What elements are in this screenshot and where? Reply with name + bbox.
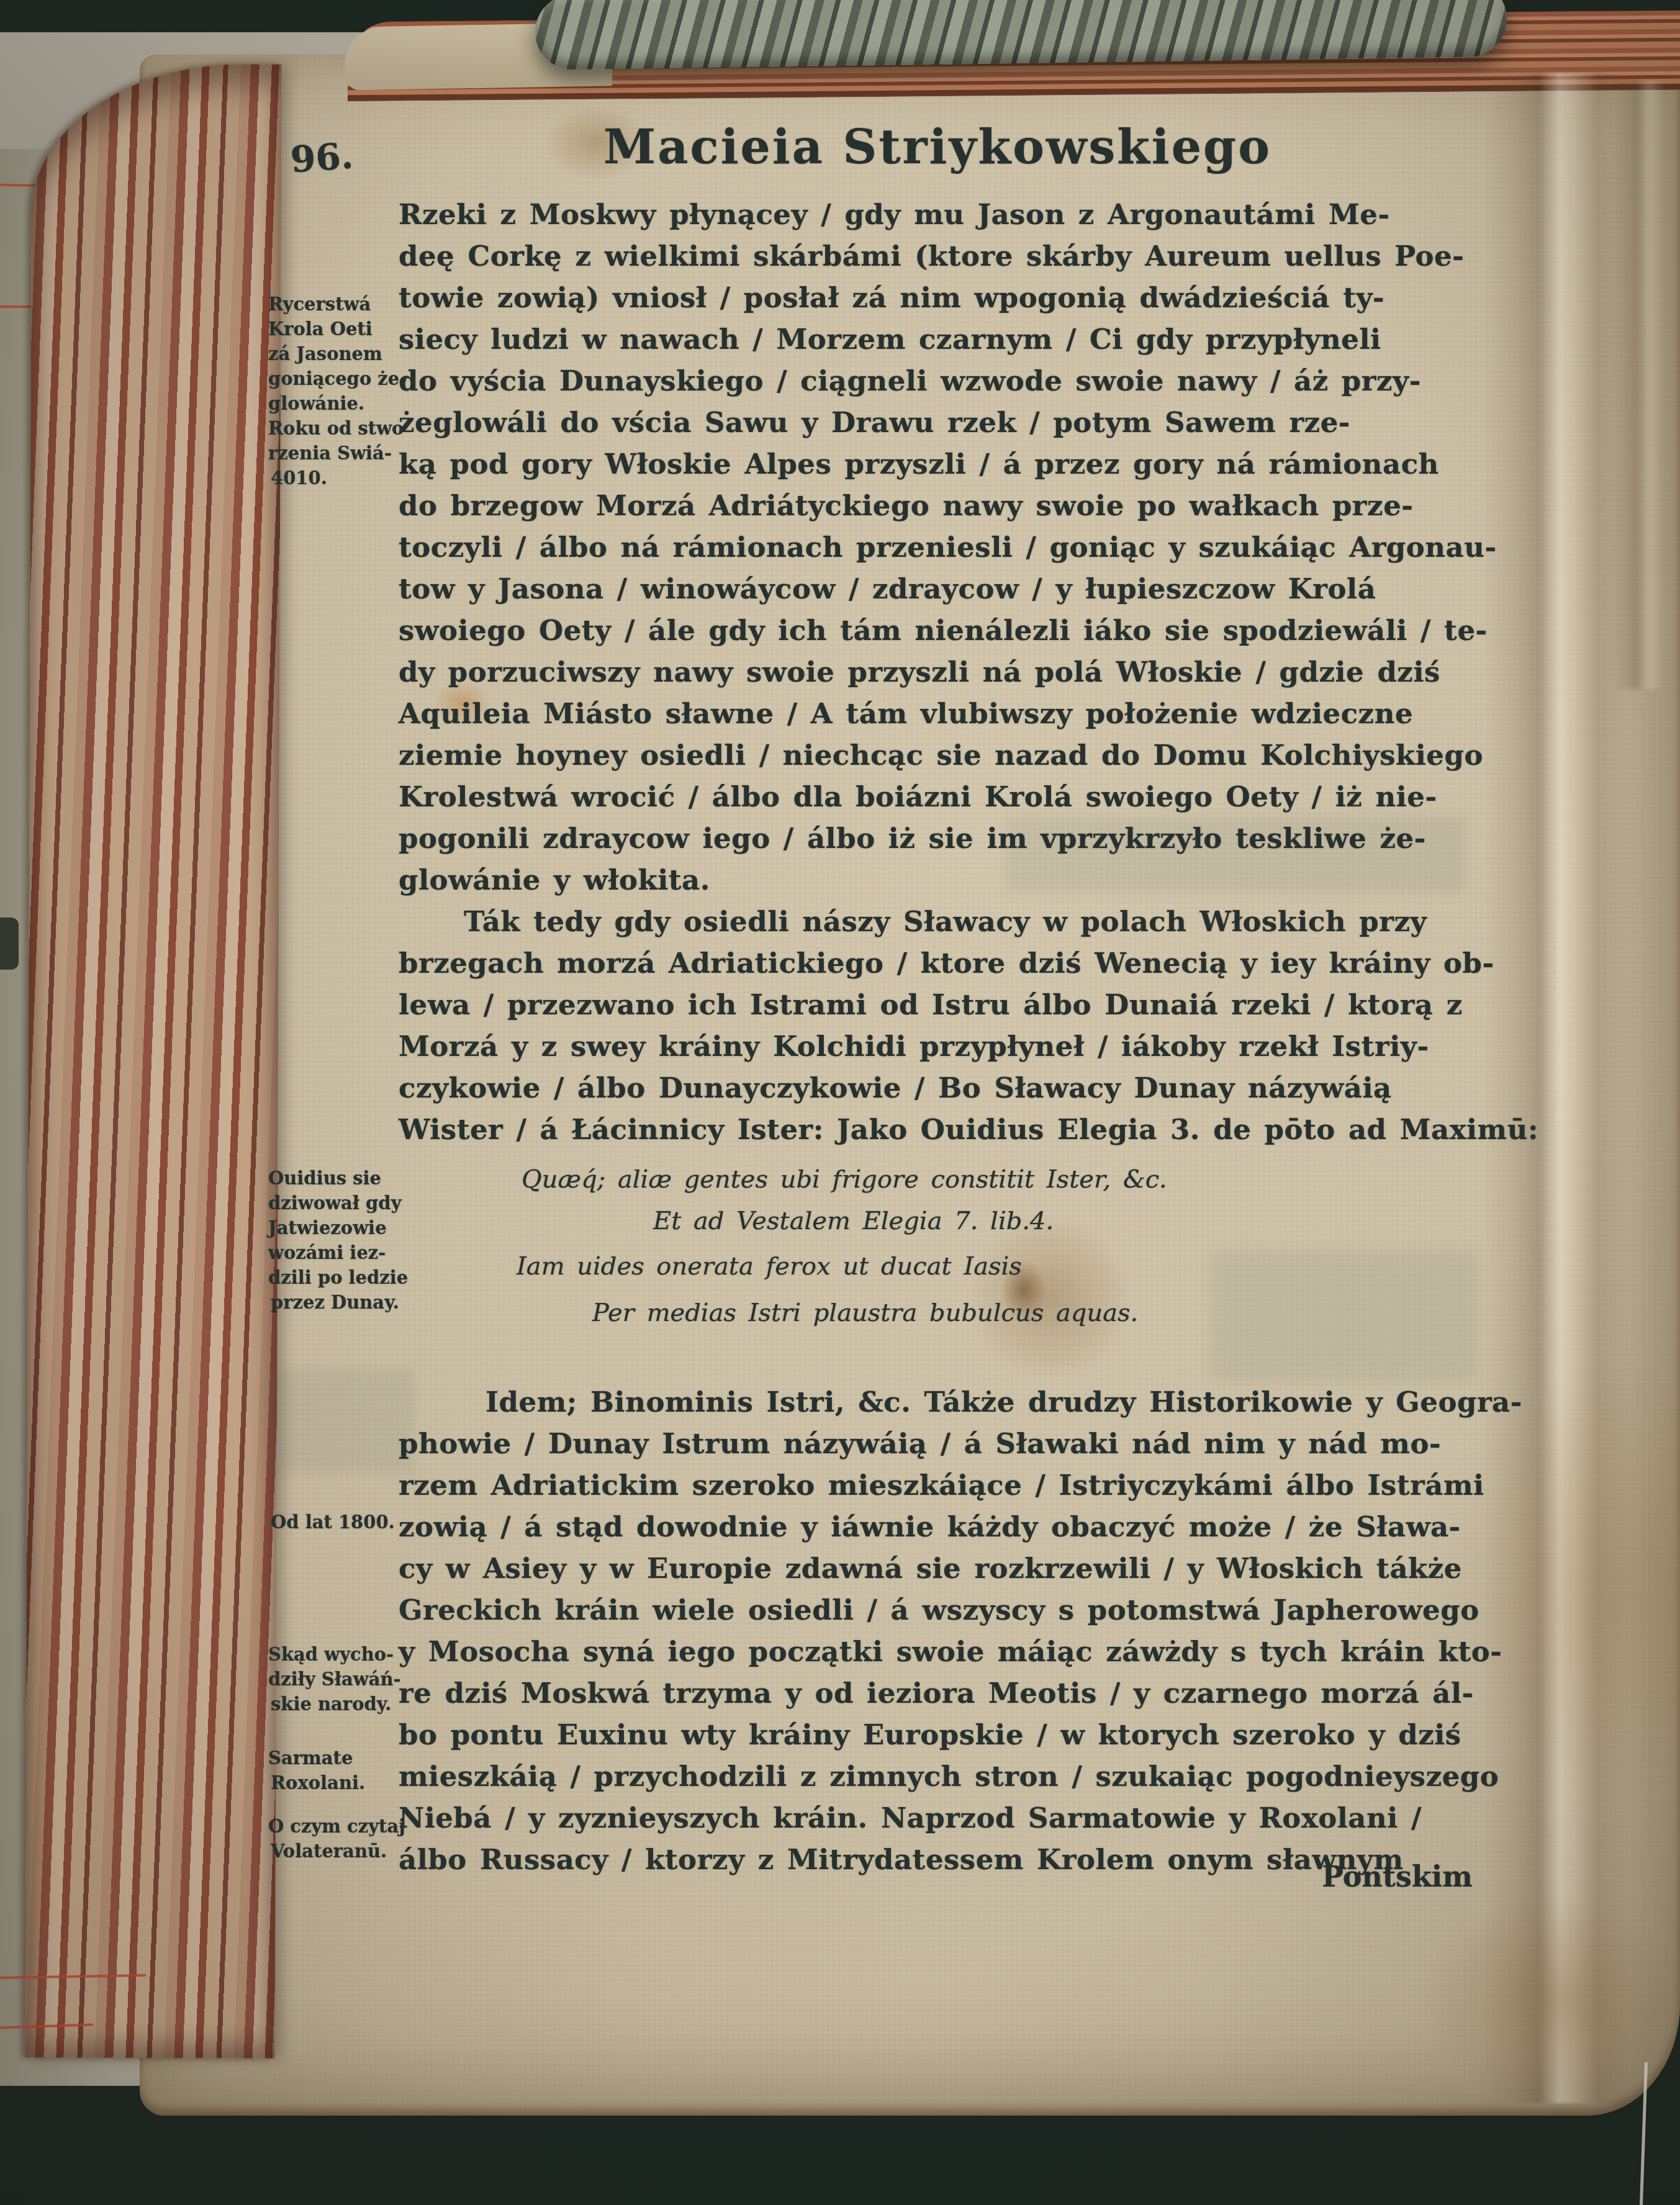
text-line: brzegach morzá Adriatickiego / ktore dzi…	[399, 942, 1479, 984]
margin-note-line: Sarmate	[268, 1746, 417, 1770]
text-line: y Mosocha syná iego początki swoie máiąc…	[399, 1631, 1479, 1672]
body-text: Rzeki z Moskwy płynącey / gdy mu Jason z…	[399, 194, 1479, 1880]
margin-note-line: Roxolani.	[268, 1770, 417, 1795]
text-line: cy w Asiey y w Europie zdawná sie rozkrz…	[399, 1548, 1479, 1589]
paper-crease-small	[1613, 81, 1665, 689]
catchword: Pontskim	[1180, 1860, 1473, 1893]
margin-note-line: rzenia Swiá-	[268, 441, 417, 466]
text-line: Greckich kráin wiele osiedli / á wszyscy…	[399, 1589, 1479, 1631]
text-line: Krolestwá wrocić / álbo dla boiázni Krol…	[399, 776, 1479, 818]
text-line: tow y Jasona / winowáycow / zdraycow / y…	[399, 568, 1479, 610]
margin-note-line: glowánie.	[268, 391, 417, 416]
text-line: Morzá y z swey kráiny Kolchidi przypłyne…	[399, 1026, 1479, 1067]
margin-note-line: dzili po ledzie	[268, 1265, 417, 1290]
margin-note-line: Skąd wycho-	[268, 1642, 417, 1667]
text-line: dy porzuciwszy nawy swoie przyszli ná po…	[399, 651, 1479, 693]
margin-note-line: Krola Oeti	[268, 317, 417, 341]
margin-note-line: Roku od stwo	[268, 416, 417, 441]
margin-note-line: skie narody.	[268, 1692, 417, 1716]
text-line: Idem; Binominis Istri, &c. Tákże drudzy …	[399, 1381, 1479, 1423]
margin-note-line: dziły Sławáń-	[268, 1667, 417, 1692]
text-line: phowie / Dunay Istrum názywáią / á Sława…	[399, 1423, 1479, 1464]
margin-note-line: 4010.	[268, 466, 417, 490]
text-line: Iam uides onerata ferox ut ducat Iasis	[399, 1246, 1479, 1287]
margin-note-line: Rycerstwá	[268, 292, 417, 317]
text-line: siecy ludzi w nawach / Morzem czarnym / …	[399, 318, 1479, 360]
margin-note-line: Volateranū.	[268, 1839, 417, 1864]
text-line: do brzegow Morzá Adriátyckiego nawy swoi…	[399, 485, 1479, 526]
text-line: mieszkáią / przychodzili z zimnych stron…	[399, 1756, 1479, 1797]
margin-note-line: wozámi iez-	[268, 1240, 417, 1265]
text-line: zowią / á stąd dowodnie y iáwnie káżdy o…	[399, 1506, 1479, 1548]
text-line: re dziś Moskwá trzyma y od ieziora Meoti…	[399, 1672, 1479, 1714]
text-line: Ták tedy gdy osiedli nászy Sławacy w pol…	[399, 901, 1479, 942]
text-line: Quæq́; aliæ gentes ubi frigore constitit…	[399, 1159, 1479, 1201]
margin-note-sarmatae-roxolani: SarmateRoxolani.	[268, 1746, 417, 1795]
text-line: toczyli / álbo ná rámionach przeniesli /…	[399, 526, 1479, 568]
text-line: Aquileia Miásto sławne / A tám vlubiwszy…	[399, 693, 1479, 734]
margin-note-line: goniącego że-	[268, 366, 417, 391]
binding-notch	[0, 918, 19, 970]
margin-note-ovid-danube: Ouidius siedziwował gdyJatwiezowiewozámi…	[268, 1166, 417, 1315]
running-title: Macieia Striykowskiego	[400, 119, 1475, 174]
margin-note-line: przez Dunay.	[268, 1290, 417, 1315]
text-line: lewa / przezwano ich Istrami od Istru ál…	[399, 984, 1479, 1026]
text-line: towie zowią) vniosł / posłał zá nim wpog…	[399, 277, 1479, 318]
text-line: do vyścia Dunayskiego / ciągneli wzwode …	[399, 360, 1479, 402]
paper-crease	[1484, 73, 1630, 2103]
text-line: ziemie hoyney osiedli / niechcąc sie naz…	[399, 734, 1479, 776]
margin-note-line: dziwował gdy	[268, 1191, 417, 1215]
text-line: Wister / á Łácinnicy Ister: Jako Ouidius…	[399, 1109, 1479, 1150]
text-line: czykowie / álbo Dunayczykowie / Bo Sława…	[399, 1067, 1479, 1109]
margin-note-jason-expedition: RycerstwáKrola Oetizá Jasonemgoniącego ż…	[268, 292, 417, 490]
margin-note-line: zá Jasonem	[268, 341, 417, 366]
text-line: ką pod gory Włoskie Alpes przyszli / á p…	[399, 443, 1479, 485]
margin-note-volaterranus: O czym czytajVolateranū.	[268, 1814, 417, 1864]
text-line: deę Corkę z wielkimi skárbámi (ktore ská…	[399, 235, 1479, 277]
text-line: Rzeki z Moskwy płynącey / gdy mu Jason z…	[399, 194, 1479, 235]
page-number: 96.	[289, 135, 355, 181]
text-line: bo pontu Euxinu wty kráiny Europskie / w…	[399, 1714, 1479, 1756]
text-line: Niebá / y zyznieyszych kráin. Naprzod Sa…	[399, 1797, 1479, 1839]
text-line: Per medias Istri plaustra bubulcus aquas…	[399, 1292, 1479, 1334]
text-line: żeglowáli do vścia Sawu y Drawu rzek / p…	[399, 402, 1479, 443]
margin-note-line: O czym czytaj	[268, 1814, 417, 1839]
book-photo: 96. Macieia Striykowskiego Rzeki z Moskw…	[0, 0, 1680, 2205]
text-line: Et ad Vestalem Elegia 7. lib.4.	[399, 1201, 1479, 1242]
margin-note-od-lat-1800: Od lat 1800.	[268, 1510, 417, 1535]
text-line: rzem Adriatickim szeroko mieszkáiące / I…	[399, 1464, 1479, 1506]
text-line: pogonili zdraycow iego / álbo iż sie im …	[399, 818, 1479, 859]
margin-note-line: Jatwiezowie	[268, 1215, 417, 1240]
margin-note-line: Ouidius sie	[268, 1166, 417, 1191]
text-line: swoiego Oety / ále gdy ich tám nienálezl…	[399, 610, 1479, 651]
margin-note-slavic-origins: Skąd wycho-dziły Sławáń-skie narody.	[268, 1642, 417, 1716]
text-line: glowánie y włokita.	[399, 859, 1479, 901]
margin-note-line: Od lat 1800.	[268, 1510, 417, 1535]
fore-edge-page-stack	[25, 63, 281, 2058]
